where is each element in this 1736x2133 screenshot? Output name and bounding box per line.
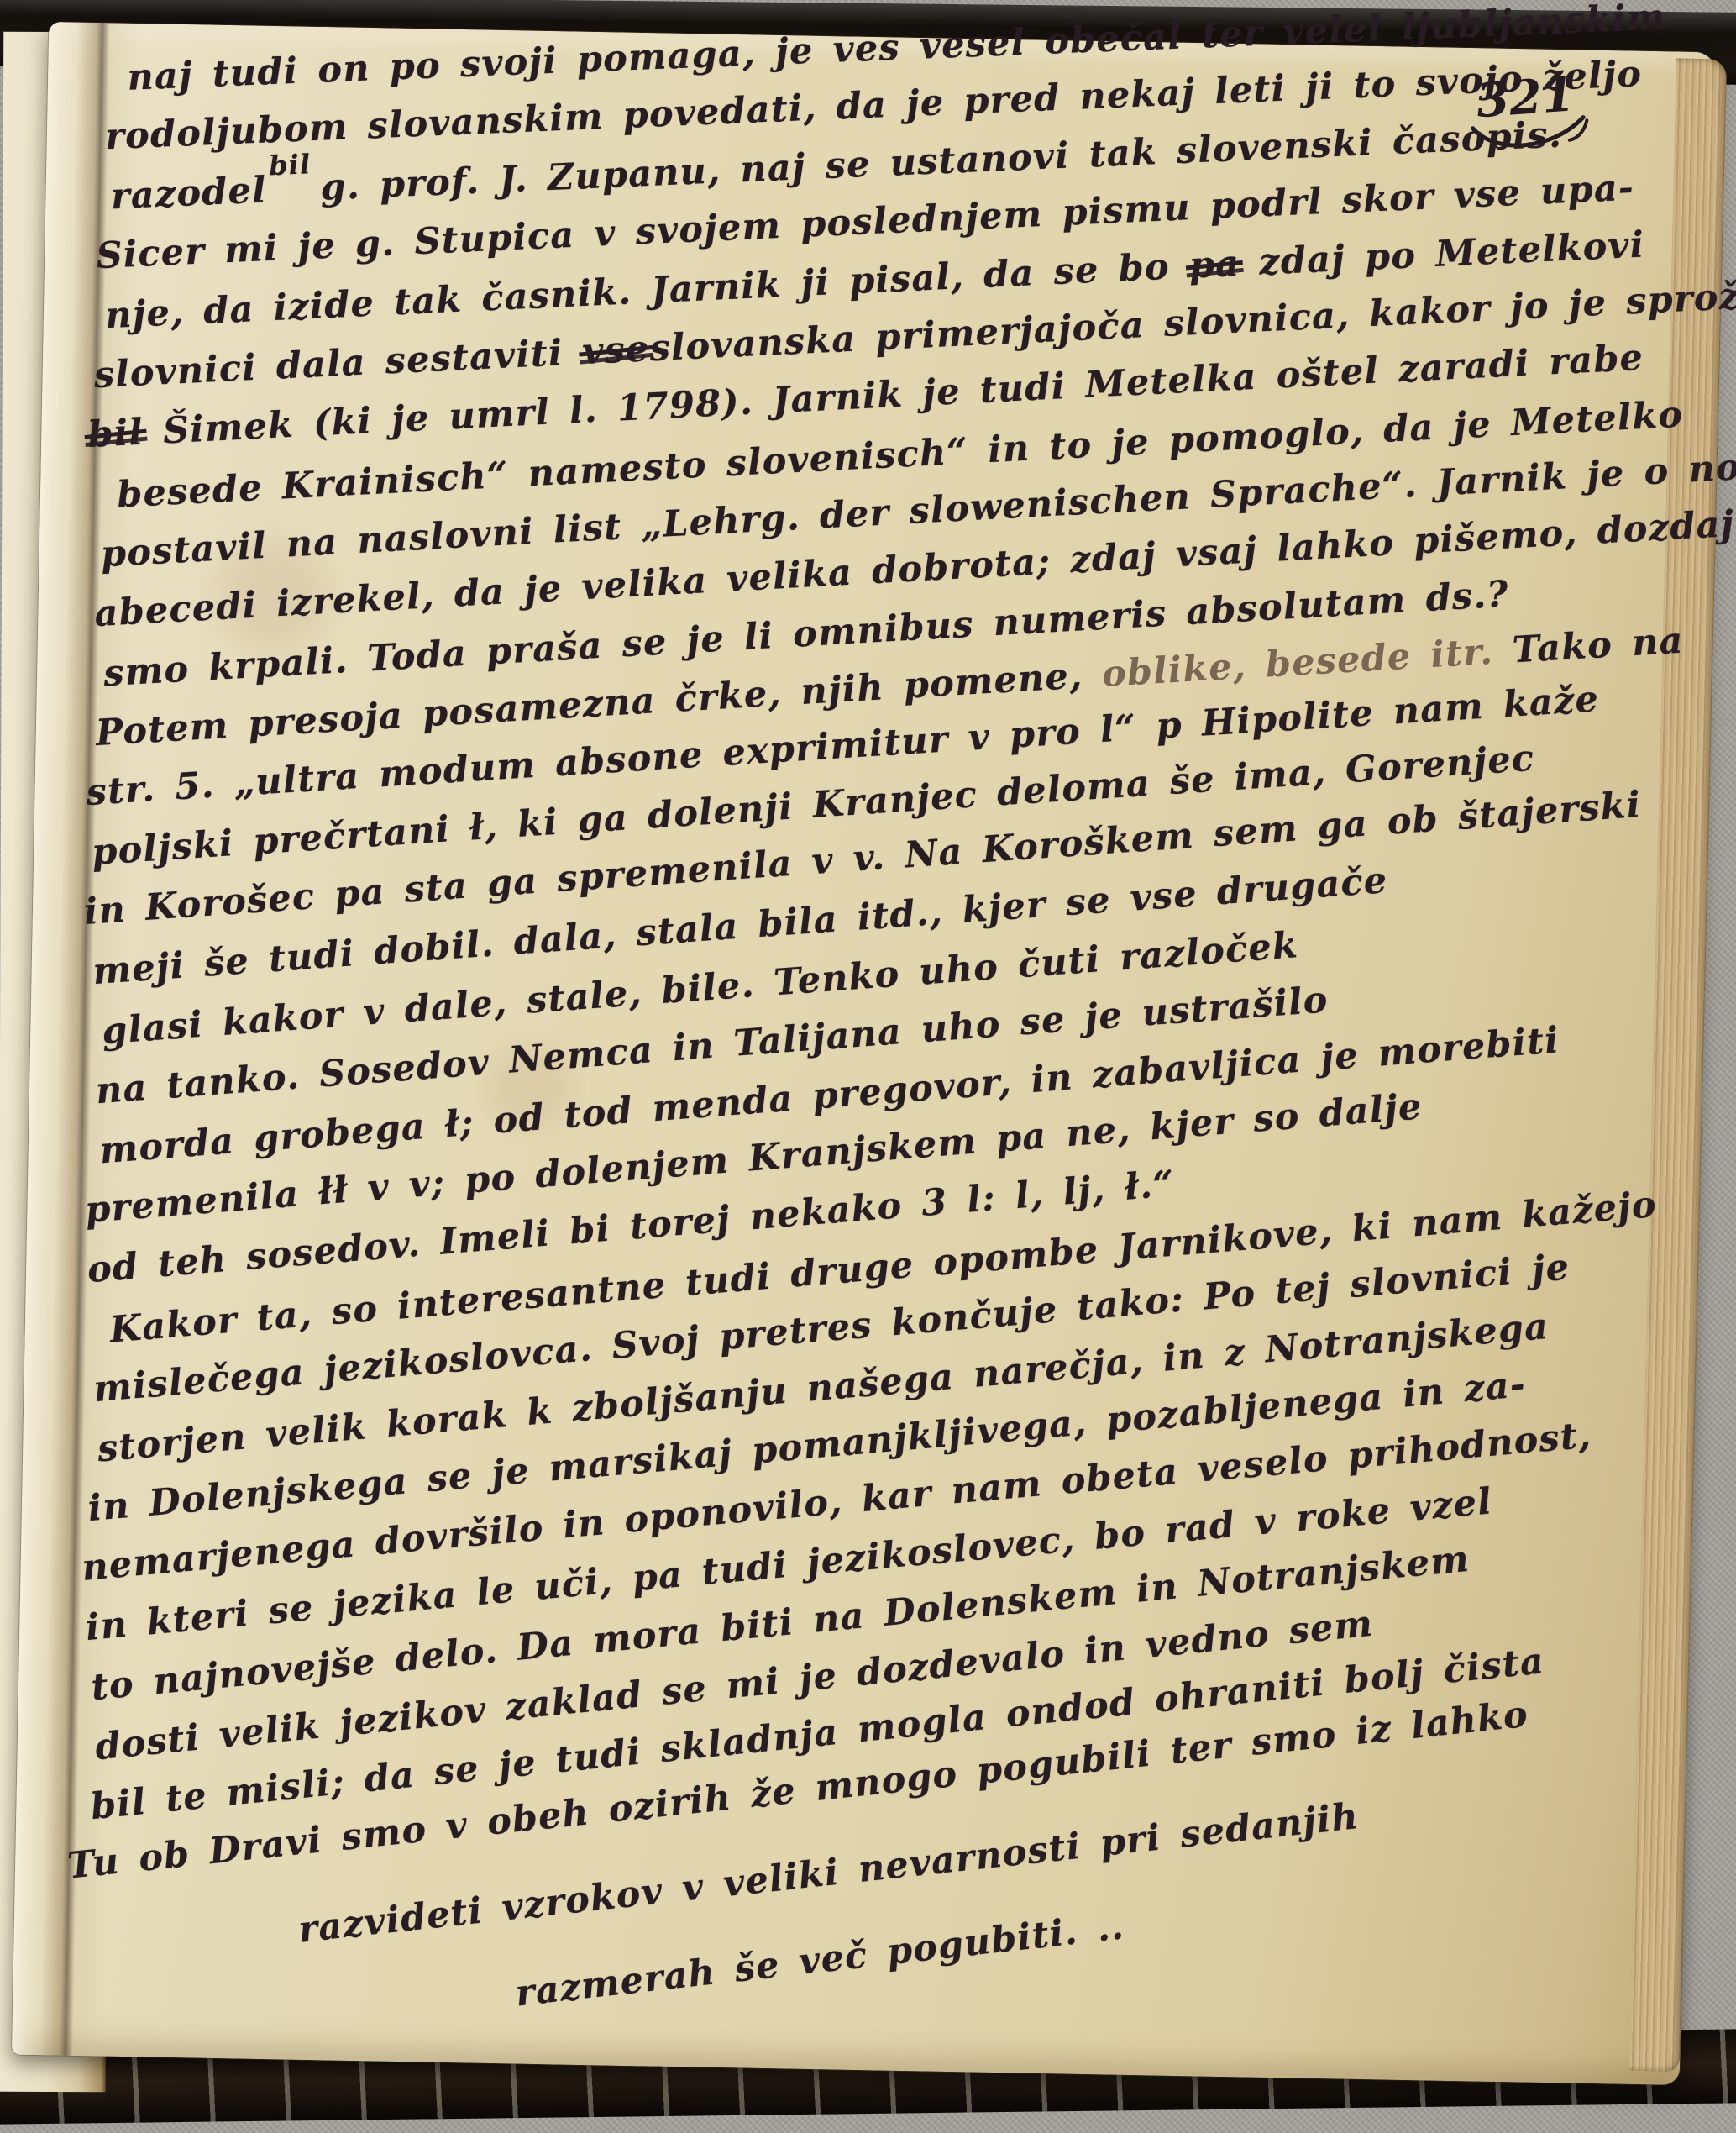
struck-word: bil: [87, 412, 144, 456]
book-photo: { "manuscript": { "page_number": "321", …: [0, 0, 1736, 2133]
superscript-insertion: bil: [268, 148, 312, 181]
line-text: razodel: [110, 169, 268, 218]
struck-word: vse: [581, 328, 650, 373]
manuscript-page: 321 naj tudi on po svoji pomaga, je ves …: [12, 22, 1717, 2085]
struck-word: pa: [1188, 243, 1241, 287]
manuscript-text: naj tudi on po svoji pomaga, je ves vese…: [13, 55, 1717, 2054]
